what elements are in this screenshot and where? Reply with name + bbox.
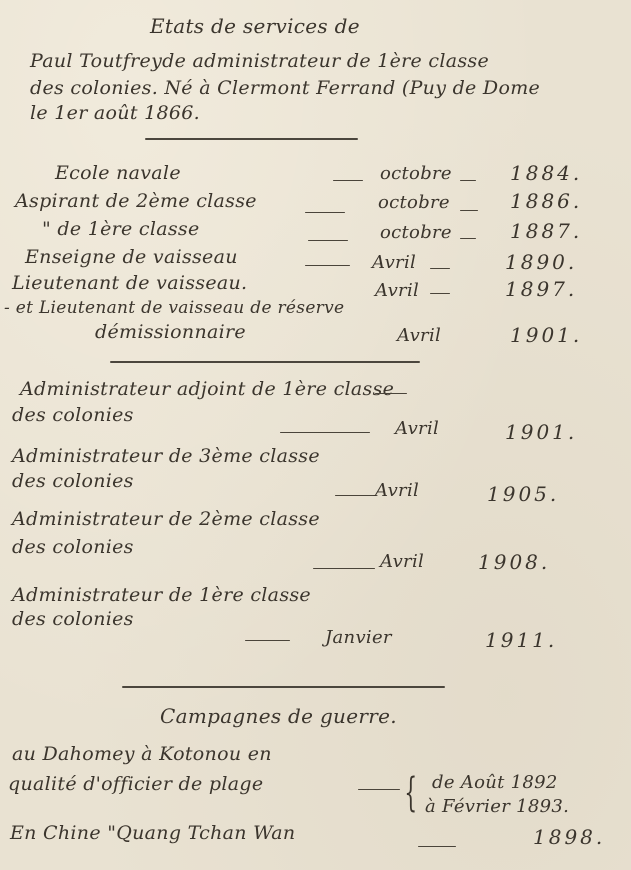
campaign-year: 1898. <box>533 825 605 849</box>
leader-dash <box>430 268 450 269</box>
naval-entry-year: 1884. <box>510 161 582 185</box>
colonial-entry-year: 1911. <box>485 628 557 652</box>
colonial-entry-month: Janvier <box>325 627 392 648</box>
naval-entry-year: 1887. <box>510 219 582 243</box>
naval-entry-label-continued: démissionnaire <box>95 321 246 343</box>
colonial-entry-year: 1901. <box>505 420 577 444</box>
header-line-2: des colonies. Né à Clermont Ferrand (Puy… <box>30 77 540 99</box>
handwritten-service-record: Etats de services de Paul Toutfreyde adm… <box>0 0 631 870</box>
naval-entry-month: octobre <box>380 222 452 243</box>
naval-entry-month: Avril <box>397 325 441 346</box>
brace-icon: { <box>404 770 417 816</box>
naval-entry-label: - et Lieutenant de vaisseau de réserve <box>4 298 344 318</box>
leader-dash <box>418 846 456 847</box>
campaign-entry-line: au Dahomey à Kotonou en <box>12 743 272 765</box>
leader-dash <box>333 180 363 181</box>
leader-dash <box>280 432 370 433</box>
campaign-entry-line: En Chine "Quang Tchan Wan <box>10 822 295 844</box>
colonial-entry-month: Avril <box>380 551 424 572</box>
campaign-date-to: à Février 1893. <box>425 796 569 817</box>
leader-dash <box>305 265 350 266</box>
header-line-1: Paul Toutfreyde administrateur de 1ère c… <box>30 50 489 72</box>
leader-dash <box>313 568 375 569</box>
naval-entry-label: Aspirant de 2ème classe <box>15 190 257 212</box>
leader-dash <box>308 240 348 241</box>
naval-entry-year: 1890. <box>505 250 577 274</box>
campaign-entry-line: qualité d'officier de plage <box>8 773 263 795</box>
naval-entry-month: Avril <box>372 252 416 273</box>
naval-entry-label: " de 1ère classe <box>42 218 200 240</box>
header-line-3: le 1er août 1866. <box>30 102 200 124</box>
colonial-entry-subtitle: des colonies <box>12 404 134 426</box>
naval-entry-year: 1886. <box>510 189 582 213</box>
colonial-entry-title: Administrateur de 1ère classe <box>12 584 311 606</box>
naval-entry-year: 1897. <box>505 277 577 301</box>
colonial-entry-subtitle: des colonies <box>12 608 134 630</box>
colonial-entry-year: 1908. <box>478 550 550 574</box>
divider-3 <box>122 686 445 688</box>
leader-dash <box>245 640 290 641</box>
document-title: Etats de services de <box>150 14 360 38</box>
colonial-entry-month: Avril <box>375 480 419 501</box>
leader-dash <box>460 180 476 181</box>
colonial-entry-title: Administrateur de 2ème classe <box>12 508 320 530</box>
naval-entry-month: octobre <box>380 163 452 184</box>
colonial-entry-year: 1905. <box>487 482 559 506</box>
leader-dash <box>460 238 476 239</box>
divider-1 <box>145 138 358 140</box>
leader-dash <box>358 789 400 790</box>
colonial-entry-title: Administrateur adjoint de 1ère classe <box>20 378 394 400</box>
naval-entry-year: 1901. <box>510 323 582 347</box>
colonial-entry-title: Administrateur de 3ème classe <box>12 445 320 467</box>
leader-dash <box>430 293 450 294</box>
campaigns-title: Campagnes de guerre. <box>160 704 397 728</box>
naval-entry-label: Lieutenant de vaisseau. <box>12 272 247 294</box>
leader-dash <box>305 212 345 213</box>
colonial-entry-subtitle: des colonies <box>12 536 134 558</box>
divider-2 <box>110 361 420 363</box>
leader-dash <box>460 210 478 211</box>
colonial-entry-month: Avril <box>395 418 439 439</box>
leader-dash <box>335 495 375 496</box>
naval-entry-month: octobre <box>378 192 450 213</box>
naval-entry-label: Enseigne de vaisseau <box>25 246 238 268</box>
naval-entry-month: Avril <box>375 280 419 301</box>
naval-entry-label: Ecole navale <box>55 162 181 184</box>
colonial-entry-subtitle: des colonies <box>12 470 134 492</box>
campaign-date-from: de Août 1892 <box>432 772 558 793</box>
